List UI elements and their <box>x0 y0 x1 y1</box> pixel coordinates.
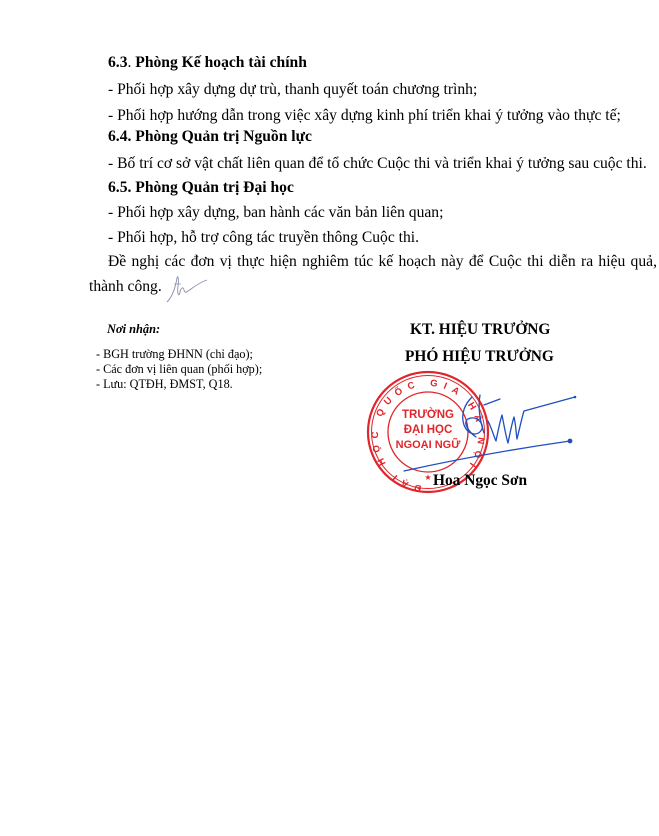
recipients-title: Nơi nhận: <box>107 319 160 339</box>
section-heading-6-4: 6.4. Phòng Quản trị Nguồn lực <box>108 127 312 147</box>
document-page: 6.3. Phòng Kế hoạch tài chính - Phối hợp… <box>0 0 659 836</box>
signature-title-line-1: KT. HIỆU TRƯỞNG <box>410 320 550 340</box>
section-6-3-item-2: - Phối hợp hướng dẫn trong việc xây dựng… <box>108 106 621 126</box>
section-title: Phòng Kế hoạch tài chính <box>131 54 306 71</box>
section-6-5-item-2: - Phối hợp, hỗ trợ công tác truyền thông… <box>108 228 419 248</box>
closing-paragraph-line-2: thành công. <box>89 277 162 297</box>
section-heading-6-3: 6.3. Phòng Kế hoạch tài chính <box>108 53 307 73</box>
handwritten-signature-icon <box>380 385 580 480</box>
section-6-3-item-1: - Phối hợp xây dựng dự trù, thanh quyết … <box>108 80 477 100</box>
section-number: 6.5 <box>108 179 128 196</box>
recipient-item: - BGH trường ĐHNN (chỉ đạo); <box>96 347 253 362</box>
recipient-item: - Các đơn vị liên quan (phối hợp); <box>96 362 262 377</box>
section-title: Phòng Quản trị Đại học <box>131 179 293 196</box>
recipient-item: - Lưu: QTĐH, ĐMST, Q18. <box>96 377 233 392</box>
signer-name: Hoa Ngọc Sơn <box>433 471 527 491</box>
section-6-5-item-1: - Phối hợp xây dựng, ban hành các văn bả… <box>108 203 443 223</box>
section-6-4-item-1: - Bố trí cơ sở vật chất liên quan để tổ … <box>108 154 647 174</box>
closing-paragraph-line-1: Đề nghị các đơn vị thực hiện nghiêm túc … <box>108 252 657 272</box>
section-title: Phòng Quản trị Nguồn lực <box>131 128 312 145</box>
signature-title-line-2: PHÓ HIỆU TRƯỞNG <box>405 347 554 367</box>
initials-signature-icon <box>165 272 210 307</box>
section-heading-6-5: 6.5. Phòng Quản trị Đại học <box>108 178 294 198</box>
section-number: 6.4 <box>108 128 128 145</box>
section-number: 6.3 <box>108 54 128 71</box>
